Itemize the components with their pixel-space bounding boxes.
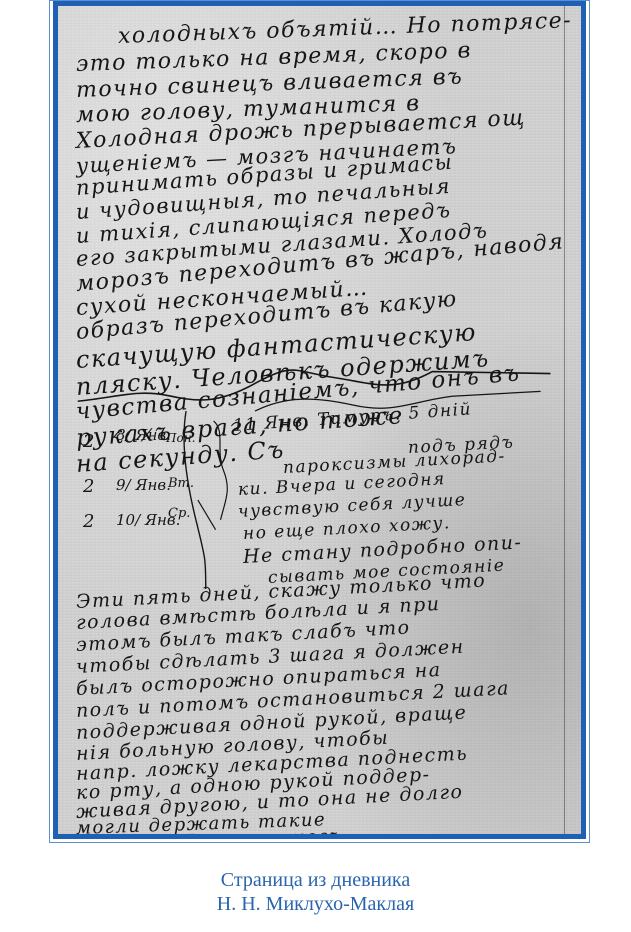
margin-mark: 2 (83, 511, 94, 532)
manuscript-border: холодныхъ объятiй… Но потрясе- это тольк… (53, 1, 586, 839)
manuscript-page-image: холодныхъ объятiй… Но потрясе- это тольк… (58, 6, 581, 834)
figure-caption: Страница из дневника Н. Н. Миклухо-Макла… (0, 868, 631, 916)
caption-line-1: Страница из дневника (0, 868, 631, 892)
margin-weekday: Ср. (168, 506, 190, 521)
manuscript-frame: холодныхъ объятiй… Но потрясе- это тольк… (49, 0, 590, 843)
margin-weekday: Вт. (168, 476, 194, 491)
margin-fold-line (564, 6, 565, 834)
margin-date: 8/ Янв. (116, 426, 171, 444)
caption-line-2: Н. Н. Миклухо-Маклая (0, 892, 631, 916)
margin-mark: 2 (83, 476, 94, 497)
margin-date: 9/ Янв. (116, 476, 171, 494)
margin-mark: 2 (83, 431, 94, 452)
margin-weekday: Пон. (166, 431, 195, 445)
